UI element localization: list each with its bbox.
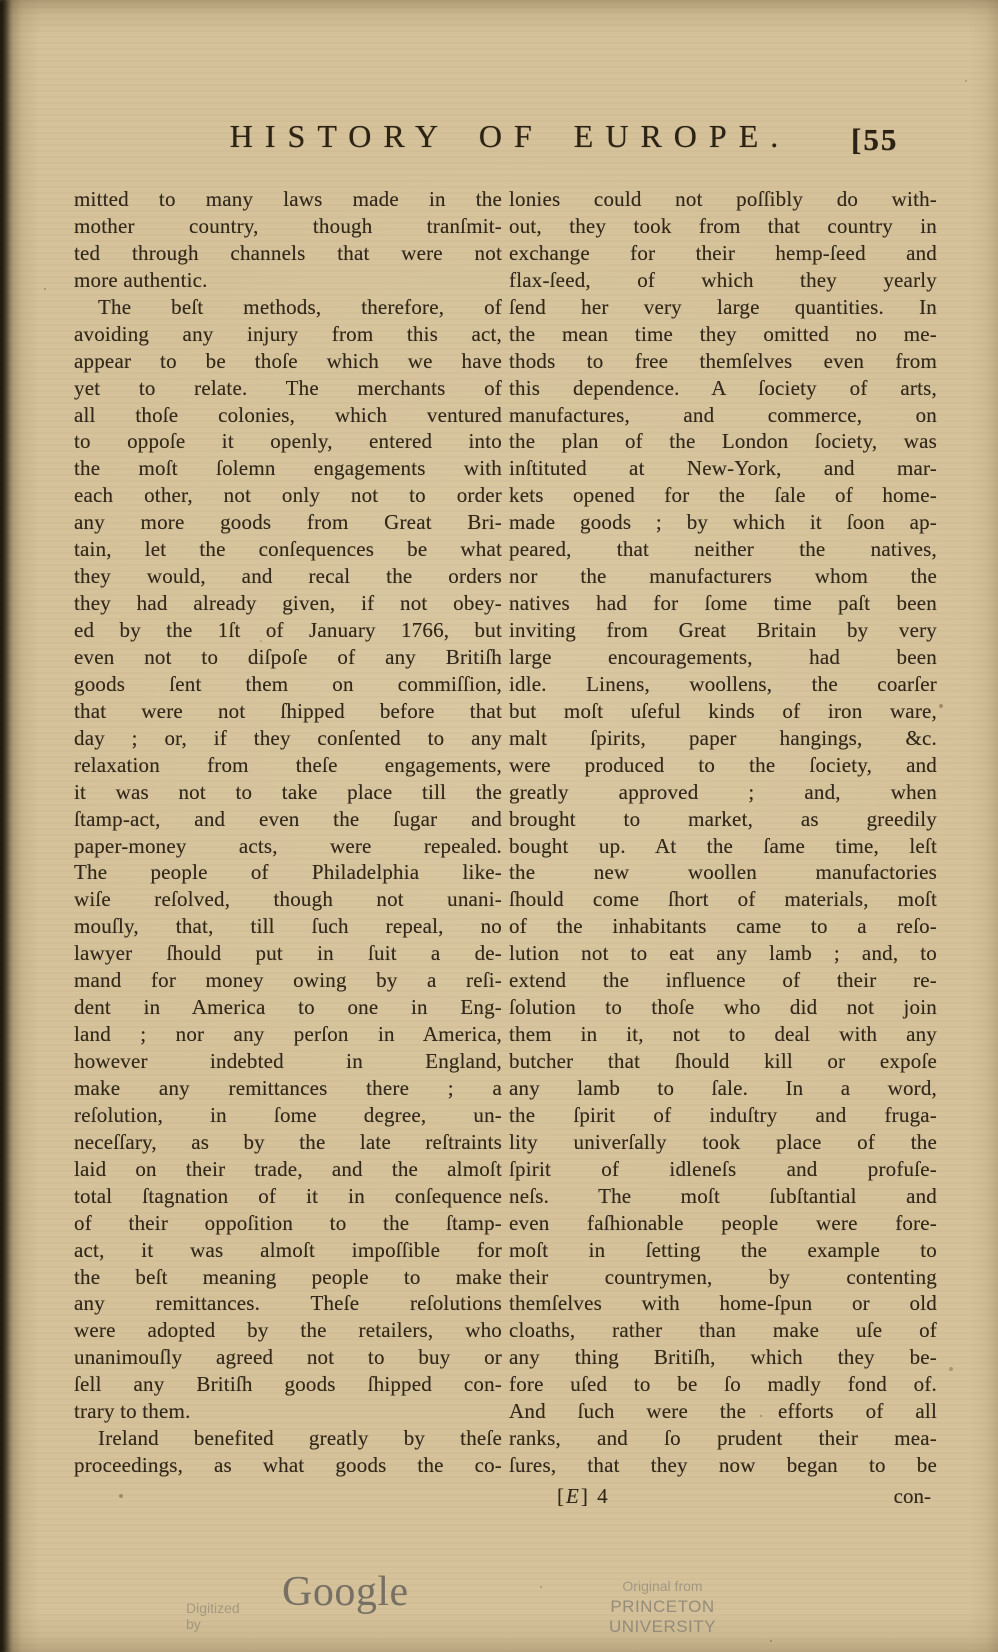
text-line: made goods ; by which it ſoon ap- [509,509,937,536]
text-line: that were not ſhipped before that [74,698,502,725]
page-title: HISTORY OF EUROPE. [180,118,840,155]
text-line: any lamb to ſale. In a word, [509,1075,937,1102]
text-line: ſhould come ſhort of materials, moſt [509,886,937,913]
text-line: lution not to eat any lamb ; and, to [509,940,937,967]
text-line: kets opened for the ſale of home- [509,482,937,509]
text-line: them in it, not to deal with any [509,1021,937,1048]
text-line: neceſſary, as by the late reſtraints [74,1129,502,1156]
text-line: ſolution to thoſe who did not join [509,994,937,1021]
text-line: any remittances. Theſe reſolutions [74,1290,502,1317]
text-line: extend the influence of their re- [509,967,937,994]
text-line: act, it was almoſt impoſſible for [74,1237,502,1264]
text-line: inſtituted at New-York, and mar- [509,455,937,482]
text-line: mother country, though tranſmit- [74,213,502,240]
text-line: the beſt meaning people to make [74,1264,502,1291]
text-line: lity univerſally took place of the [509,1129,937,1156]
text-line: idle. Linens, woollens, the coarſer [509,671,937,698]
catchword: con- [894,1484,931,1509]
text-line: greatly approved ; and, when [509,779,937,806]
text-line: were adopted by the retailers, who [74,1317,502,1344]
text-line: even not to diſpoſe of any Britiſh [74,644,502,671]
text-line: And ſuch were the efforts of all [509,1398,937,1425]
text-line: ted through channels that were not [74,240,502,267]
text-line: each other, not only not to order [74,482,502,509]
text-line: however indebted in England, [74,1048,502,1075]
text-line: tain, let the conſequences be what [74,536,502,563]
binding-shadow [0,0,10,1652]
text-line: it was not to take place till the [74,779,502,806]
text-line: the new woollen manufactories [509,859,937,886]
text-line: exchange for their hemp-ſeed and [509,240,937,267]
text-line: cloaths, rather than make uſe of [509,1317,937,1344]
text-line: trary to them. [74,1398,502,1425]
signature-line: [E] 4 con- [509,1484,937,1514]
text-line: ſpirit of idleneſs and profuſe- [509,1156,937,1183]
text-line: wiſe reſolved, though not unani- [74,886,502,913]
institution-label: PRINCETON UNIVERSITY [555,1597,770,1637]
signature-bracket-open: [ [557,1484,566,1508]
text-line: paper-money acts, were repealed. [74,833,502,860]
text-line: but moſt uſeful kinds of iron ware, [509,698,937,725]
text-line: they would, and recal the orders [74,563,502,590]
text-line: land ; nor any perſon in America, [74,1021,502,1048]
text-line: mand for money owing by a reſi- [74,967,502,994]
text-line: ſell any Britiſh goods ſhipped con- [74,1371,502,1398]
text-line: lawyer ſhould put in ſuit a de- [74,940,502,967]
text-line: ſtamp-act, and even the ſugar and [74,806,502,833]
text-line: malt ſpirits, paper hangings, &c. [509,725,937,752]
text-line: the moſt ſolemn engagements with [74,455,502,482]
text-line: bought up. At the ſame time, leſt [509,833,937,860]
text-line: dent in America to one in Eng- [74,994,502,1021]
text-line: proceedings, as what goods the co- [74,1452,502,1479]
text-line: avoiding any injury from this act, [74,321,502,348]
text-line: ed by the 1ſt of January 1766, but [74,617,502,644]
text-line: moſt in ſetting the example to [509,1237,937,1264]
signature-mark: [E] 4 [557,1484,610,1509]
text-line: mouſly, that, till ſuch repeal, no [74,913,502,940]
text-line: fore uſed to be ſo madly fond of. [509,1371,937,1398]
text-line: neſs. The moſt ſubſtantial and [509,1183,937,1210]
text-line: of their oppoſition to the ſtamp- [74,1210,502,1237]
google-logo-watermark: Google [282,1568,409,1616]
text-line: this dependence. A ſociety of arts, [509,375,937,402]
text-line: ranks, and ſo prudent their mea- [509,1425,937,1452]
text-line: nor the manufacturers whom the [509,563,937,590]
text-line: brought to market, as greedily [509,806,937,833]
text-line: they had already given, if not obey- [74,590,502,617]
text-line: goods ſent them on commiſſion, [74,671,502,698]
text-line: peared, that neither the natives, [509,536,937,563]
text-line: unanimouſly agreed not to buy or [74,1344,502,1371]
text-line: even faſhionable people were fore- [509,1210,937,1237]
digitized-by-label: Digitized by [186,1600,240,1632]
text-line: ſures, that they now began to be [509,1452,937,1479]
text-line: Ireland benefited greatly by theſe [74,1425,502,1452]
text-line: any thing Britiſh, which they be- [509,1344,937,1371]
text-line: out, they took from that country in [509,213,937,240]
text-line: any more goods from Great Bri- [74,509,502,536]
text-line: the ſpirit of induſtry and fruga- [509,1102,937,1129]
text-line: large encouragements, had been [509,644,937,671]
text-line: appear to be thoſe which we have [74,348,502,375]
text-line: relaxation from theſe engagements, [74,752,502,779]
book-page-scan: HISTORY OF EUROPE. [55 mitted to many la… [0,0,998,1652]
page-header: HISTORY OF EUROPE. [55 [0,118,998,164]
text-line: thods to free themſelves even from [509,348,937,375]
provenance-watermark: Original from PRINCETON UNIVERSITY [555,1578,770,1637]
text-line: lonies could not poſſibly do with- [509,186,937,213]
text-line: inviting from Great Britain by very [509,617,937,644]
signature-bracket-close: ] 4 [581,1484,610,1508]
text-line: to oppoſe it openly, entered into [74,428,502,455]
text-line: of the inhabitants came to a reſo- [509,913,937,940]
text-line: make any remittances there ; a [74,1075,502,1102]
text-line: yet to relate. The merchants of [74,375,502,402]
text-line: the plan of the London ſociety, was [509,428,937,455]
original-from-label: Original from [555,1578,770,1594]
text-line: reſolution, in ſome degree, un- [74,1102,502,1129]
left-column: mitted to many laws made in themother co… [74,186,502,1479]
right-column: lonies could not poſſibly do with-out, t… [509,186,937,1479]
text-line: mitted to many laws made in the [74,186,502,213]
text-line: total ſtagnation of it in conſequence [74,1183,502,1210]
text-line: butcher that ſhould kill or expoſe [509,1048,937,1075]
text-line: natives had for ſome time paſt been [509,590,937,617]
text-line: more authentic. [74,267,502,294]
text-line: their countrymen, by contenting [509,1264,937,1291]
text-line: manufactures, and commerce, on [509,402,937,429]
text-line: The beſt methods, therefore, of [74,294,502,321]
text-line: laid on their trade, and the almoſt [74,1156,502,1183]
paper-specks [0,0,2,2]
text-line: The people of Philadelphia like- [74,859,502,886]
text-line: day ; or, if they conſented to any [74,725,502,752]
page-number: [55 [851,122,898,158]
text-line: themſelves with home-ſpun or old [509,1290,937,1317]
signature-letter: E [566,1484,581,1508]
text-line: the mean time they omitted no me- [509,321,937,348]
text-line: were produced to the ſociety, and [509,752,937,779]
text-line: all thoſe colonies, which ventured [74,402,502,429]
text-line: ſend her very large quantities. In [509,294,937,321]
text-line: flax-ſeed, of which they yearly [509,267,937,294]
